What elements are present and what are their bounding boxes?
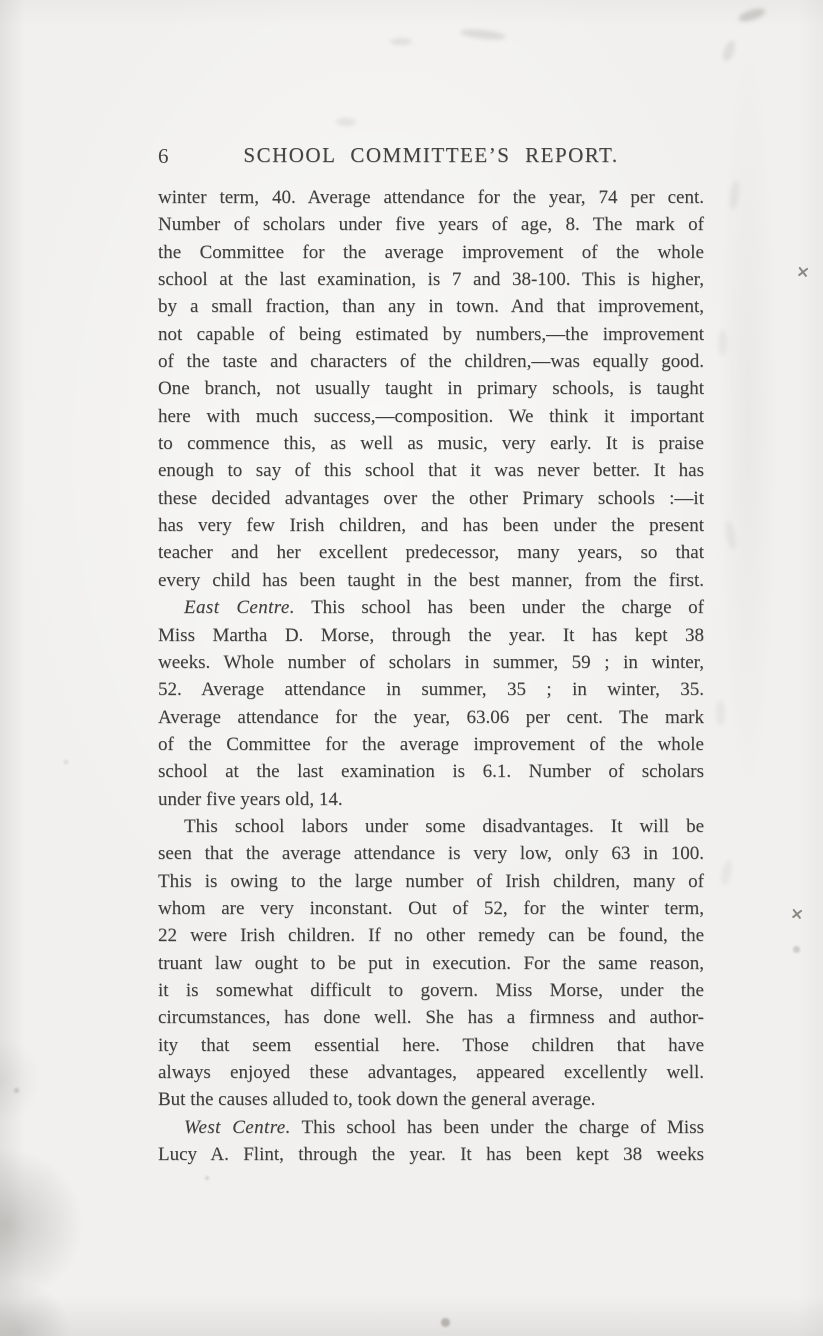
page-title: SCHOOL COMMITTEE’S REPORT. [158, 143, 704, 168]
text-line: under five years old, 14. [158, 786, 704, 813]
text-line: of the taste and characters of the child… [158, 348, 704, 375]
ink-speck [64, 760, 68, 764]
text-line: every child has been taught in the best … [158, 567, 704, 594]
text-line: to commence this, as well as music, very… [158, 430, 704, 457]
running-head: 6 SCHOOL COMMITTEE’S REPORT. [158, 143, 704, 171]
paragraph: West Centre. This school has been under … [158, 1114, 704, 1169]
page-number: 6 [158, 144, 169, 169]
text-line: weeks. Whole number of scholars in summe… [158, 649, 704, 676]
text-line: Average attendance for the year, 63.06 p… [158, 704, 704, 731]
text-line: whom are very inconstant. Out of 52, for… [158, 895, 704, 922]
text-line: This is owing to the large number of Iri… [158, 868, 704, 895]
scanned-book-page: { "page": { "number": "6", "running_titl… [0, 0, 823, 1336]
ink-star-mark [797, 266, 809, 278]
scan-smudge [336, 118, 356, 126]
text-line: teacher and her excellent predecessor, m… [158, 539, 704, 566]
text-line: it is somewhat difficult to govern. Miss… [158, 977, 704, 1004]
text-line: these decided advantages over the other … [158, 485, 704, 512]
paragraph: This school labors under some disadvanta… [158, 813, 704, 1114]
text-line: the Committee for the average improvemen… [158, 239, 704, 266]
text-line: 22 were Irish children. If no other reme… [158, 922, 704, 949]
text-line: has very few Irish children, and has bee… [158, 512, 704, 539]
ink-speck [793, 946, 800, 953]
text-line: enough to say of this school that it was… [158, 457, 704, 484]
text-line: But the causes alluded to, took down the… [158, 1086, 704, 1113]
text-line: school at the last examination, is 7 and… [158, 266, 704, 293]
text-line: Miss Martha D. Morse, through the year. … [158, 622, 704, 649]
text-line: always enjoyed these advantages, appeare… [158, 1059, 704, 1086]
text-line: Number of scholars under five years of a… [158, 211, 704, 238]
text-line: winter term, 40. Average attendance for … [158, 184, 704, 211]
text-line: truant law ought to be put in execution.… [158, 950, 704, 977]
text-line: 52. Average attendance in summer, 35 ; i… [158, 676, 704, 703]
text-line: This school labors under some disadvanta… [158, 813, 704, 840]
text-line: not capable of being estimated by number… [158, 321, 704, 348]
paragraph-lead-italic: East Centre. [184, 597, 295, 618]
scan-smudge [390, 38, 412, 45]
ink-star-mark [791, 908, 803, 920]
text-line: Lucy A. Flint, through the year. It has … [158, 1141, 704, 1168]
text-line: One branch, not usually taught in primar… [158, 375, 704, 402]
paragraph: winter term, 40. Average attendance for … [158, 184, 704, 594]
text-block: winter term, 40. Average attendance for … [158, 184, 704, 1168]
ink-speck [14, 1088, 19, 1093]
paragraph: East Centre. This school has been under … [158, 594, 704, 813]
paragraph-lead-italic: West Centre. [184, 1117, 291, 1138]
text-line: West Centre. This school has been under … [158, 1114, 704, 1141]
text-line: by a small fraction, than any in town. A… [158, 293, 704, 320]
text-line: seen that the average attendance is very… [158, 840, 704, 867]
text-line: ity that seem essential here. Those chil… [158, 1032, 704, 1059]
text-line: circumstances, has done well. She has a … [158, 1004, 704, 1031]
ink-speck [441, 1318, 450, 1327]
ink-speck [205, 1176, 209, 1180]
scan-smudge [716, 700, 725, 726]
text-line: here with much success,—composition. We … [158, 403, 704, 430]
scan-smudge [718, 330, 727, 356]
text-line: school at the last examination is 6.1. N… [158, 758, 704, 785]
text-line: of the Committee for the average improve… [158, 731, 704, 758]
text-line: East Centre. This school has been under … [158, 594, 704, 621]
